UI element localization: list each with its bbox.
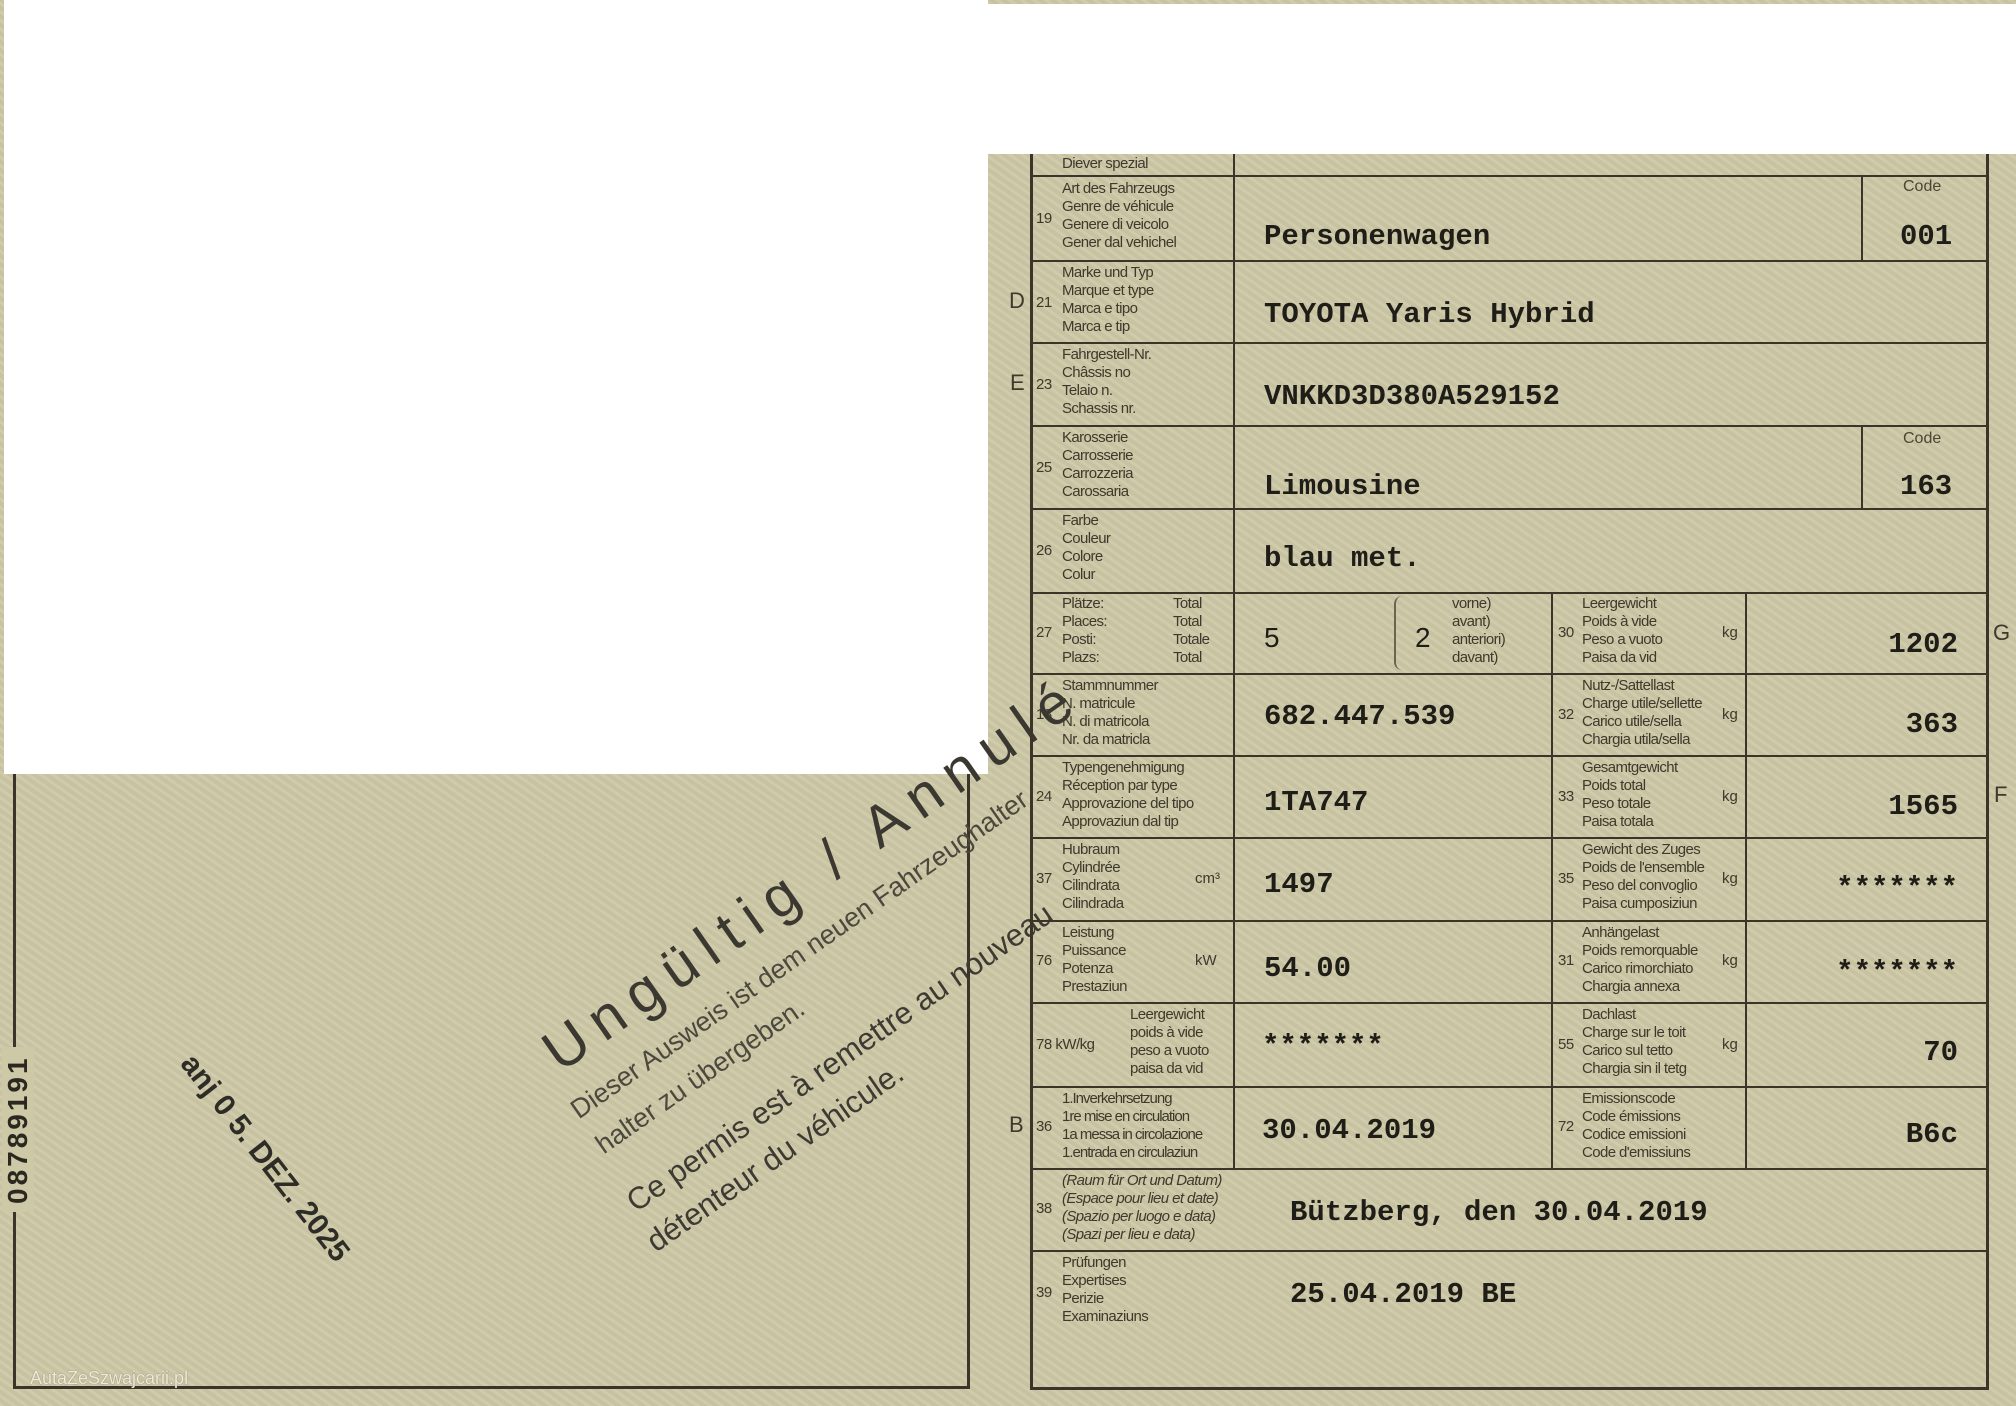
label-24: TypengenehmigungRéception par typeApprov… [1062, 759, 1194, 831]
value-emission-code: B6c [1906, 1118, 1958, 1151]
field-num-37: 37 [1036, 870, 1052, 887]
value-empty-weight: 1202 [1888, 628, 1958, 661]
field-num-19: 19 [1036, 210, 1052, 227]
row-line [1030, 755, 1988, 757]
row-line [1030, 1002, 1988, 1004]
code-col-divider-19 [1861, 175, 1863, 261]
label-30: LeergewichtPoids à videPeso a vuotoPaisa… [1582, 595, 1662, 667]
unit-35: kg [1722, 870, 1738, 887]
value-power: 54.00 [1264, 952, 1351, 985]
table-border-right [1986, 154, 1989, 1390]
field-num-18: 18 [1036, 706, 1052, 723]
document-left-strip [0, 0, 4, 774]
row-line [1030, 837, 1988, 839]
field-num-76: 76 [1036, 952, 1052, 969]
value-make-model: TOYOTA Yaris Hybrid [1264, 298, 1595, 331]
label-23: Fahrgestell-Nr.Châssis noTelaio n.Schass… [1062, 346, 1151, 418]
side-letter-f: F [1994, 782, 2007, 808]
field-num-26: 26 [1036, 542, 1052, 559]
field-num-24: 24 [1036, 788, 1052, 805]
label-33: GesamtgewichtPoids totalPeso totalePaisa… [1582, 759, 1678, 831]
side-letter-g: G [1993, 620, 2010, 646]
label-72: EmissionscodeCode émissionsCodice emissi… [1582, 1090, 1690, 1162]
document-upper-right [988, 0, 2016, 4]
unit-32: kg [1722, 706, 1738, 723]
value-color: blau met. [1264, 542, 1421, 575]
row-line [1030, 1168, 1988, 1170]
value-type-approval: 1TA747 [1264, 786, 1368, 819]
table-border-left [1030, 154, 1033, 1390]
unit-33: kg [1722, 788, 1738, 805]
value-total-weight: 1565 [1888, 790, 1958, 823]
watermark: AutaZeSzwajcarii.pl [30, 1368, 188, 1389]
unit-55: kg [1722, 1036, 1738, 1053]
value-vehicle-type-code: 001 [1900, 220, 1952, 253]
row-line [1030, 260, 1988, 262]
row-line [1030, 673, 1988, 675]
field-num-39: 39 [1036, 1284, 1052, 1301]
field-num-31: 31 [1558, 952, 1574, 969]
field-num-35: 35 [1558, 870, 1574, 887]
seats-brace [1394, 596, 1404, 670]
label-38: (Raum für Ort und Datum)(Espace pour lie… [1062, 1172, 1222, 1244]
label-35: Gewicht des ZugesPoids de l'ensemblePeso… [1582, 841, 1704, 913]
label-31: AnhängelastPoids remorquableCarico rimor… [1582, 924, 1698, 996]
label-21: Marke und TypMarque et typeMarca e tipoM… [1062, 264, 1154, 336]
value-first-registration: 30.04.2019 [1262, 1114, 1436, 1147]
value-chassis-number: VNKKD3D380A529152 [1264, 380, 1560, 413]
field-num-72: 72 [1558, 1118, 1574, 1135]
label-18: StammnummerN. matriculeN. di matricolaNr… [1062, 677, 1158, 749]
label-27-front: vorne)avant)anteriori)davant) [1452, 595, 1505, 667]
value-master-number: 682.447.539 [1264, 700, 1455, 733]
label-36: 1.Inverkehrsetzung1re mise en circulatio… [1062, 1090, 1202, 1162]
label-37: HubraumCylindréeCilindrataCilindrada [1062, 841, 1124, 913]
value-inspections: 25.04.2019 BE [1290, 1278, 1516, 1311]
right-label-divider [1745, 592, 1747, 1169]
field-num-25: 25 [1036, 459, 1052, 476]
code-header-25: Code [1903, 430, 1941, 448]
field-num-38: 38 [1036, 1200, 1052, 1217]
field-num-36: 36 [1036, 1118, 1052, 1135]
label-76: LeistungPuissancePotenzaPrestaziun [1062, 924, 1127, 996]
value-place-date: Bützberg, den 30.04.2019 [1290, 1196, 1708, 1229]
code-header-19: Code [1903, 178, 1941, 196]
left-frame-right [967, 774, 970, 1389]
field-num-33: 33 [1558, 788, 1574, 805]
label-78: Leergewichtpoids à videpeso a vuotopaisa… [1130, 1006, 1209, 1078]
unit-37: cm³ [1195, 870, 1220, 887]
table-border-bottom [1030, 1387, 1989, 1390]
label-26: FarbeCouleurColoreColur [1062, 512, 1110, 584]
value-trailer-load: ******* [1836, 956, 1958, 989]
unit-31: kg [1722, 952, 1738, 969]
label-55: DachlastCharge sur le toitCarico sul tet… [1582, 1006, 1687, 1078]
serial-number: 08789191 [2, 1047, 34, 1212]
row-line [1030, 592, 1988, 594]
value-vehicle-type: Personenwagen [1264, 220, 1490, 253]
label-25: KarosserieCarrosserieCarrozzeriaCarossar… [1062, 429, 1133, 501]
value-train-weight: ******* [1836, 872, 1958, 905]
value-body-type-code: 163 [1900, 470, 1952, 503]
row-line [1030, 508, 1988, 510]
side-letter-d: D [1009, 288, 1025, 314]
side-letter-e: E [1010, 370, 1025, 396]
row-line [1030, 920, 1988, 922]
side-letter-b: B [1009, 1112, 1024, 1138]
unit-30: kg [1722, 624, 1738, 641]
value-power-weight-ratio: ******* [1262, 1030, 1384, 1063]
value-body-type: Limousine [1264, 470, 1421, 503]
row-line [1030, 175, 1988, 177]
label-39: PrüfungenExpertisesPerizieExaminaziuns [1062, 1254, 1148, 1326]
value-displacement: 1497 [1264, 868, 1334, 901]
field-num-55: 55 [1558, 1036, 1574, 1053]
label-col-divider [1233, 154, 1235, 1169]
field-num-23: 23 [1036, 376, 1052, 393]
value-seats-total: 5 [1264, 622, 1280, 654]
label-diever: Diever spezial [1062, 155, 1148, 173]
right-half-divider [1551, 592, 1553, 1169]
row-line [1030, 1086, 1988, 1088]
label-27: Plätze:Places:Posti:Plazs: [1062, 595, 1107, 667]
value-roof-load: 70 [1923, 1036, 1958, 1069]
field-num-30: 30 [1558, 624, 1574, 641]
row-line [1030, 425, 1988, 427]
row-line [1030, 342, 1988, 344]
row-line [1030, 1250, 1988, 1252]
label-19: Art des FahrzeugsGenre de véhiculeGenere… [1062, 180, 1176, 252]
value-seats-front: 2 [1415, 622, 1431, 654]
value-payload: 363 [1906, 708, 1958, 741]
field-num-32: 32 [1558, 706, 1574, 723]
unit-76: kW [1195, 952, 1217, 969]
field-num-21: 21 [1036, 294, 1052, 311]
field-num-78: 78 kW/kg [1036, 1036, 1095, 1053]
code-col-divider-25 [1861, 425, 1863, 509]
field-num-27: 27 [1036, 624, 1052, 641]
label-27-totals: TotalTotalTotaleTotal [1173, 595, 1209, 667]
label-32: Nutz-/SattellastCharge utile/selletteCar… [1582, 677, 1702, 749]
